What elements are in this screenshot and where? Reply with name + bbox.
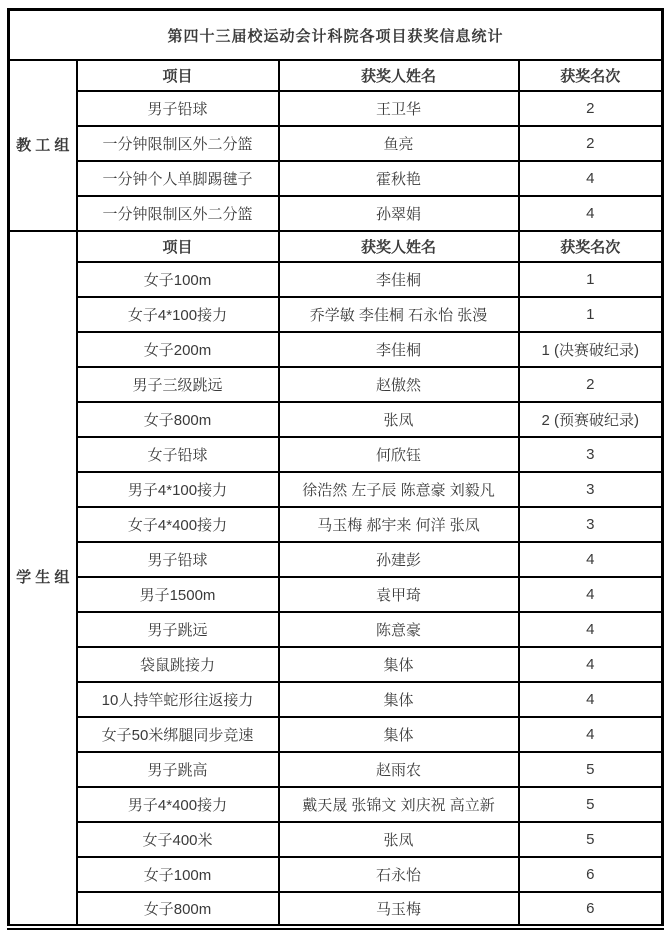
event-cell: 男子铅球 xyxy=(77,542,279,577)
table-row: 男子铅球 王卫华 2 xyxy=(9,91,663,126)
table-row: 女子100m 石永怡 6 xyxy=(9,857,663,892)
rank-cell: 4 xyxy=(519,542,663,577)
winners-cell: 徐浩然 左子辰 陈意豪 刘毅凡 xyxy=(279,472,519,507)
event-cell: 男子三级跳远 xyxy=(77,367,279,402)
event-cell: 男子跳远 xyxy=(77,612,279,647)
table-row: 男子跳高 赵雨农 5 xyxy=(9,752,663,787)
event-cell: 男子铅球 xyxy=(77,91,279,126)
event-cell: 女子100m xyxy=(77,857,279,892)
winners-cell: 李佳桐 xyxy=(279,332,519,367)
rank-cell: 4 xyxy=(519,682,663,717)
table-row: 袋鼠跳接力 集体 4 xyxy=(9,647,663,682)
event-cell: 女子100m xyxy=(77,262,279,297)
rank-cell: 4 xyxy=(519,161,663,196)
winners-cell: 孙建彭 xyxy=(279,542,519,577)
rank-cell: 4 xyxy=(519,647,663,682)
winners-cell: 鱼亮 xyxy=(279,126,519,161)
rank-cell: 5 xyxy=(519,822,663,857)
rank-cell: 4 xyxy=(519,196,663,231)
winners-cell: 集体 xyxy=(279,717,519,752)
event-cell: 一分钟限制区外二分篮 xyxy=(77,126,279,161)
rank-cell: 3 xyxy=(519,437,663,472)
column-header-rank: 获奖名次 xyxy=(519,231,663,262)
event-cell: 男子4*100接力 xyxy=(77,472,279,507)
column-header-event: 项目 xyxy=(77,60,279,91)
rank-cell: 4 xyxy=(519,612,663,647)
table-row: 女子4*400接力 马玉梅 郝宇来 何洋 张凤 3 xyxy=(9,507,663,542)
group-label-students: 学 生 组 xyxy=(9,231,77,927)
rank-cell: 3 xyxy=(519,507,663,542)
event-cell: 男子跳高 xyxy=(77,752,279,787)
awards-table: 第四十三届校运动会计科院各项目获奖信息统计 教 工 组 项目 获奖人姓名 获奖名… xyxy=(7,8,664,930)
column-header-event: 项目 xyxy=(77,231,279,262)
winners-cell: 张凤 xyxy=(279,402,519,437)
winners-cell: 集体 xyxy=(279,647,519,682)
column-header-rank: 获奖名次 xyxy=(519,60,663,91)
title-row: 第四十三届校运动会计科院各项目获奖信息统计 xyxy=(9,10,663,61)
event-cell: 女子50米绑腿同步竞速 xyxy=(77,717,279,752)
winners-cell: 石永怡 xyxy=(279,857,519,892)
rank-cell: 2 xyxy=(519,367,663,402)
rank-cell: 1 (决赛破纪录) xyxy=(519,332,663,367)
table-row: 男子跳远 陈意豪 4 xyxy=(9,612,663,647)
winners-cell: 赵雨农 xyxy=(279,752,519,787)
rank-cell: 4 xyxy=(519,577,663,612)
event-cell: 女子800m xyxy=(77,402,279,437)
winners-cell: 戴天晟 张锦文 刘庆祝 高立新 xyxy=(279,787,519,822)
winners-cell: 赵傲然 xyxy=(279,367,519,402)
winners-cell: 李佳桐 xyxy=(279,262,519,297)
table-row: 男子1500m 袁甲琦 4 xyxy=(9,577,663,612)
group-label-faculty: 教 工 组 xyxy=(9,60,77,231)
event-cell: 女子400米 xyxy=(77,822,279,857)
event-cell: 女子800m xyxy=(77,892,279,927)
rank-cell: 3 xyxy=(519,472,663,507)
winners-cell: 袁甲琦 xyxy=(279,577,519,612)
event-cell: 女子铅球 xyxy=(77,437,279,472)
faculty-header-row: 教 工 组 项目 获奖人姓名 获奖名次 xyxy=(9,60,663,91)
sheet: 第四十三届校运动会计科院各项目获奖信息统计 教 工 组 项目 获奖人姓名 获奖名… xyxy=(0,0,669,933)
table-row: 女子铅球 何欣钰 3 xyxy=(9,437,663,472)
event-cell: 女子4*400接力 xyxy=(77,507,279,542)
winners-cell: 张凤 xyxy=(279,822,519,857)
event-cell: 一分钟限制区外二分篮 xyxy=(77,196,279,231)
winners-cell: 乔学敏 李佳桐 石永怡 张漫 xyxy=(279,297,519,332)
table-row: 男子铅球 孙建彭 4 xyxy=(9,542,663,577)
table-row: 女子200m 李佳桐 1 (决赛破纪录) xyxy=(9,332,663,367)
winners-cell: 马玉梅 郝宇来 何洋 张凤 xyxy=(279,507,519,542)
table-row: 一分钟个人单脚踢毽子 霍秋艳 4 xyxy=(9,161,663,196)
rank-cell: 5 xyxy=(519,752,663,787)
winners-cell: 王卫华 xyxy=(279,91,519,126)
winners-cell: 集体 xyxy=(279,682,519,717)
event-cell: 10人持竿蛇形往返接力 xyxy=(77,682,279,717)
event-cell: 女子4*100接力 xyxy=(77,297,279,332)
column-header-winners: 获奖人姓名 xyxy=(279,60,519,91)
winners-cell: 霍秋艳 xyxy=(279,161,519,196)
rank-cell: 2 xyxy=(519,91,663,126)
student-header-row: 学 生 组 项目 获奖人姓名 获奖名次 xyxy=(9,231,663,262)
event-cell: 男子4*400接力 xyxy=(77,787,279,822)
event-cell: 袋鼠跳接力 xyxy=(77,647,279,682)
winners-cell: 陈意豪 xyxy=(279,612,519,647)
table-title: 第四十三届校运动会计科院各项目获奖信息统计 xyxy=(9,10,663,61)
event-cell: 男子1500m xyxy=(77,577,279,612)
table-row: 10人持竿蛇形往返接力 集体 4 xyxy=(9,682,663,717)
rank-cell: 6 xyxy=(519,857,663,892)
table-row: 一分钟限制区外二分篮 孙翠娟 4 xyxy=(9,196,663,231)
rank-cell: 6 xyxy=(519,892,663,927)
rank-cell: 4 xyxy=(519,717,663,752)
table-row: 女子400米 张凤 5 xyxy=(9,822,663,857)
rank-cell: 1 xyxy=(519,297,663,332)
table-row: 女子100m 李佳桐 1 xyxy=(9,262,663,297)
winners-cell: 马玉梅 xyxy=(279,892,519,927)
rank-cell: 2 (预赛破纪录) xyxy=(519,402,663,437)
table-row: 女子800m 张凤 2 (预赛破纪录) xyxy=(9,402,663,437)
column-header-winners: 获奖人姓名 xyxy=(279,231,519,262)
rank-cell: 1 xyxy=(519,262,663,297)
table-row: 女子50米绑腿同步竞速 集体 4 xyxy=(9,717,663,752)
rank-cell: 2 xyxy=(519,126,663,161)
table-row: 男子4*400接力 戴天晟 张锦文 刘庆祝 高立新 5 xyxy=(9,787,663,822)
table-row: 男子三级跳远 赵傲然 2 xyxy=(9,367,663,402)
event-cell: 女子200m xyxy=(77,332,279,367)
table-row: 男子4*100接力 徐浩然 左子辰 陈意豪 刘毅凡 3 xyxy=(9,472,663,507)
table-row: 女子4*100接力 乔学敏 李佳桐 石永怡 张漫 1 xyxy=(9,297,663,332)
table-row: 女子800m 马玉梅 6 xyxy=(9,892,663,927)
event-cell: 一分钟个人单脚踢毽子 xyxy=(77,161,279,196)
winners-cell: 孙翠娟 xyxy=(279,196,519,231)
rank-cell: 5 xyxy=(519,787,663,822)
table-row: 一分钟限制区外二分篮 鱼亮 2 xyxy=(9,126,663,161)
winners-cell: 何欣钰 xyxy=(279,437,519,472)
